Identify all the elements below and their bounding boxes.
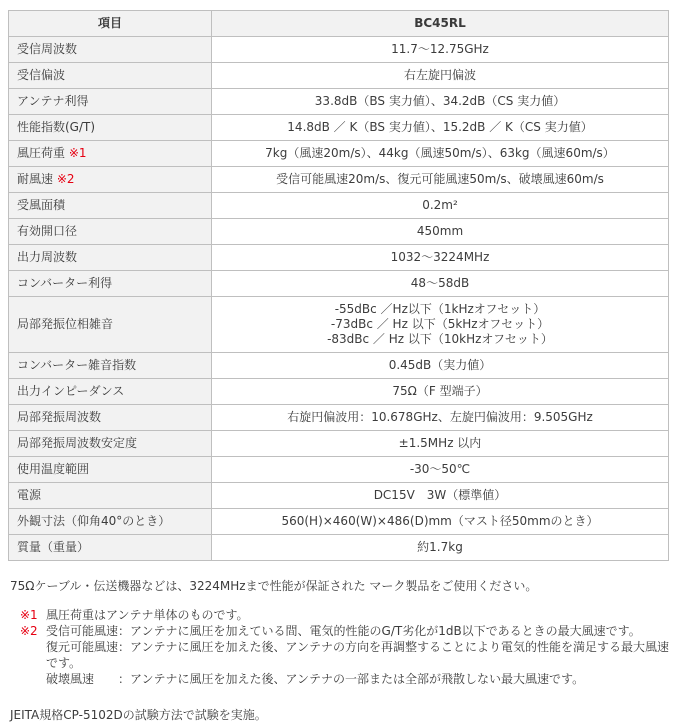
row-label: 電源 [9, 483, 212, 509]
table-row: 外観寸法（仰角40°のとき）560(H)×460(W)×486(D)mm（マスト… [9, 509, 669, 535]
footnote-text: 受信可能風速：アンテナに風圧を加えている間、電気的性能のG/T劣化が1dB以下で… [46, 623, 672, 687]
row-label: 局部発振位相雑音 [9, 297, 212, 353]
row-label: 使用温度範囲 [9, 457, 212, 483]
footnote-text: 風圧荷重はアンテナ単体のものです。 [46, 607, 672, 623]
table-row: 受信偏波右左旋円偏波 [9, 63, 669, 89]
row-label: 風圧荷重 ※1 [9, 141, 212, 167]
footnote-row: ※1風圧荷重はアンテナ単体のものです。 [20, 607, 672, 623]
footnote-row: ※2受信可能風速：アンテナに風圧を加えている間、電気的性能のG/T劣化が1dB以… [20, 623, 672, 687]
row-value: -30～50℃ [212, 457, 669, 483]
table-row: 出力インピーダンス75Ω（F 型端子） [9, 379, 669, 405]
spec-table-body: 受信周波数11.7～12.75GHz受信偏波右左旋円偏波アンテナ利得33.8dB… [9, 37, 669, 561]
row-value: 1032～3224MHz [212, 245, 669, 271]
table-row: 耐風速 ※2受信可能風速20m/s、復元可能風速50m/s、破壊風速60m/s [9, 167, 669, 193]
col-header-item: 項目 [9, 11, 212, 37]
table-row: 風圧荷重 ※17kg（風速20m/s）、44kg（風速50m/s）、63kg（風… [9, 141, 669, 167]
row-label: 質量（重量） [9, 535, 212, 561]
table-row: 電源DC15V 3W（標準値） [9, 483, 669, 509]
footnote-mark: ※2 [20, 623, 46, 639]
table-row: 局部発振位相雑音-55dBc ／Hz以下（1kHzオフセット） -73dBc ／… [9, 297, 669, 353]
row-value: 11.7～12.75GHz [212, 37, 669, 63]
spec-page: 項目 BC45RL 受信周波数11.7～12.75GHz受信偏波右左旋円偏波アン… [0, 0, 680, 723]
row-label: 受信周波数 [9, 37, 212, 63]
row-value: 560(H)×460(W)×486(D)mm（マスト径50mmのとき） [212, 509, 669, 535]
row-label: 有効開口径 [9, 219, 212, 245]
row-value: 14.8dB ／ K（BS 実力値）、15.2dB ／ K（CS 実力値） [212, 115, 669, 141]
table-row: 有効開口径450mm [9, 219, 669, 245]
row-value: 右左旋円偏波 [212, 63, 669, 89]
row-value: ±1.5MHz 以内 [212, 431, 669, 457]
row-label: 出力インピーダンス [9, 379, 212, 405]
row-label: 受信偏波 [9, 63, 212, 89]
table-row: 受風面積0.2m² [9, 193, 669, 219]
row-label: 出力周波数 [9, 245, 212, 271]
row-value: DC15V 3W（標準値） [212, 483, 669, 509]
col-header-model: BC45RL [212, 11, 669, 37]
table-row: アンテナ利得33.8dB（BS 実力値）、34.2dB（CS 実力値） [9, 89, 669, 115]
table-row: 受信周波数11.7～12.75GHz [9, 37, 669, 63]
footnote-mark: ※1 [20, 607, 46, 623]
row-value: 7kg（風速20m/s）、44kg（風速50m/s）、63kg（風速60m/s） [212, 141, 669, 167]
footnotes-list: ※1風圧荷重はアンテナ単体のものです。※2受信可能風速：アンテナに風圧を加えてい… [20, 607, 672, 687]
table-row: 局部発振周波数右旋円偏波用：10.678GHz、左旋円偏波用：9.505GHz [9, 405, 669, 431]
table-row: コンバーター利得48～58dB [9, 271, 669, 297]
row-value: 右旋円偏波用：10.678GHz、左旋円偏波用：9.505GHz [212, 405, 669, 431]
row-label: アンテナ利得 [9, 89, 212, 115]
table-row: コンバーター雑音指数0.45dB（実力値） [9, 353, 669, 379]
row-label: コンバーター利得 [9, 271, 212, 297]
row-value: -55dBc ／Hz以下（1kHzオフセット） -73dBc ／ Hz 以下（5… [212, 297, 669, 353]
row-value: 33.8dB（BS 実力値）、34.2dB（CS 実力値） [212, 89, 669, 115]
table-header-row: 項目 BC45RL [9, 11, 669, 37]
spec-table: 項目 BC45RL 受信周波数11.7～12.75GHz受信偏波右左旋円偏波アン… [8, 10, 669, 561]
footnote-mark: ※1 [65, 146, 87, 160]
row-label: 性能指数(G/T) [9, 115, 212, 141]
row-value: 75Ω（F 型端子） [212, 379, 669, 405]
row-value: 0.45dB（実力値） [212, 353, 669, 379]
row-label: 受風面積 [9, 193, 212, 219]
row-value: 約1.7kg [212, 535, 669, 561]
row-label: 耐風速 ※2 [9, 167, 212, 193]
table-row: 性能指数(G/T)14.8dB ／ K（BS 実力値）、15.2dB ／ K（C… [9, 115, 669, 141]
row-label: 局部発振周波数 [9, 405, 212, 431]
cable-usage-note: 75Ωケーブル・伝送機器などは、3224MHzまで性能が保証された マーク製品を… [10, 578, 672, 594]
row-label: コンバーター雑音指数 [9, 353, 212, 379]
table-row: 局部発振周波数安定度±1.5MHz 以内 [9, 431, 669, 457]
jeita-standard-note: JEITA規格CP-5102Dの試験方法で試験を実施。 [10, 707, 672, 723]
row-value: 48～58dB [212, 271, 669, 297]
row-label: 局部発振周波数安定度 [9, 431, 212, 457]
row-value: 450mm [212, 219, 669, 245]
row-value: 0.2m² [212, 193, 669, 219]
table-row: 出力周波数1032～3224MHz [9, 245, 669, 271]
table-row: 使用温度範囲-30～50℃ [9, 457, 669, 483]
row-value: 受信可能風速20m/s、復元可能風速50m/s、破壊風速60m/s [212, 167, 669, 193]
table-row: 質量（重量）約1.7kg [9, 535, 669, 561]
footnote-mark: ※2 [53, 172, 75, 186]
row-label: 外観寸法（仰角40°のとき） [9, 509, 212, 535]
